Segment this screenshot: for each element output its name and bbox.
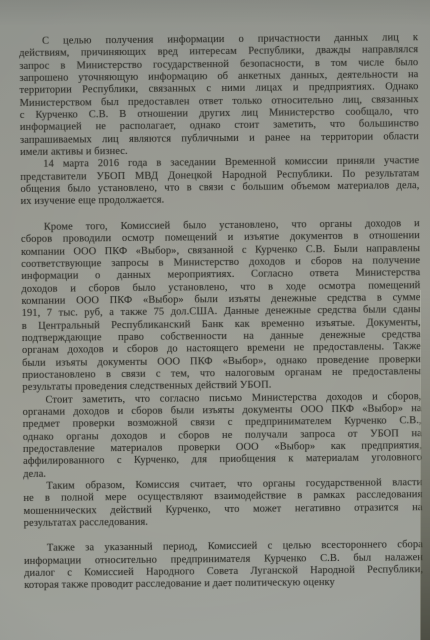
photo-top-shadow bbox=[0, 0, 430, 26]
paragraph: Стоит заметить, что согласно письмо Мини… bbox=[22, 391, 422, 481]
paragraph: Таким образом, Комиссия считает, что орг… bbox=[23, 477, 422, 530]
paragraph: С целью получения информации о причастно… bbox=[19, 32, 419, 159]
text-line: результатах расследования. bbox=[24, 514, 423, 530]
text-line: которая также проводит расследование и д… bbox=[24, 577, 423, 593]
paragraph: Также за указанный период, Комиссией с ц… bbox=[24, 540, 423, 593]
document-page: С целью получения информации о причастно… bbox=[19, 32, 423, 593]
page-edge-shadow bbox=[420, 290, 430, 640]
paragraph: Кроме того, Комиссией было установлено, … bbox=[21, 218, 422, 395]
paragraph: 14 марта 2016 года в заседании Временной… bbox=[20, 156, 419, 209]
document-photo: С целью получения информации о причастно… bbox=[0, 0, 430, 640]
text-line: их изучение еще продолжается. bbox=[21, 193, 420, 209]
